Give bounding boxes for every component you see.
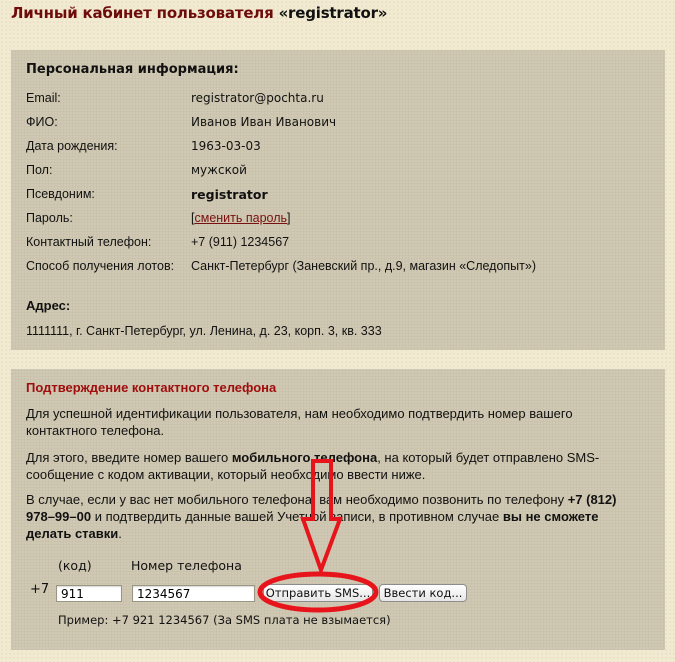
- confirm-paragraph-3: В случае, если у вас нет мобильного теле…: [26, 491, 646, 542]
- info-label: Контактный телефон:: [26, 235, 151, 249]
- info-value-gender: мужской: [191, 163, 247, 177]
- confirm-paragraph-1: Для успешной идентификации пользователя,…: [26, 405, 646, 439]
- info-value-fio: Иванов Иван Иванович: [191, 115, 336, 129]
- page-title-text: Личный кабинет пользователя: [11, 4, 274, 22]
- info-label: Пароль:: [26, 211, 73, 225]
- confirm-paragraph-2: Для этого, введите номер вашего мобильно…: [26, 449, 646, 483]
- personal-info-panel: Персональная информация: Email: registra…: [11, 50, 665, 350]
- page-title-username: «registrator»: [279, 4, 388, 22]
- page-title: Личный кабинет пользователя «registrator…: [11, 4, 387, 22]
- mobile-phone-emphasis: мобильного телефона: [232, 450, 377, 465]
- change-password-link[interactable]: сменить пароль: [194, 211, 287, 225]
- info-value-phone: +7 (911) 1234567: [191, 235, 289, 249]
- info-label: Пол:: [26, 163, 52, 177]
- code-label: (код): [58, 558, 92, 573]
- personal-info-heading: Персональная информация:: [26, 62, 239, 77]
- phone-confirm-heading: Подтверждение контактного телефона: [26, 380, 276, 395]
- info-value-password: [сменить пароль]: [191, 211, 291, 225]
- country-prefix: +7: [30, 582, 49, 597]
- info-label: Псевдоним:: [26, 187, 95, 201]
- info-value-delivery: Санкт-Петербург (Заневский пр., д.9, маг…: [191, 259, 536, 273]
- info-label: Email:: [26, 91, 61, 105]
- info-label: Дата рождения:: [26, 139, 118, 153]
- info-value-nickname: registrator: [191, 187, 268, 202]
- area-code-input[interactable]: [56, 585, 122, 602]
- info-label: ФИО:: [26, 115, 58, 129]
- info-value-email: registrator@pochta.ru: [191, 91, 324, 105]
- phone-number-input[interactable]: [132, 585, 255, 602]
- enter-code-button[interactable]: Ввести код...: [379, 584, 467, 602]
- phone-number-label: Номер телефона: [131, 558, 242, 573]
- send-sms-button[interactable]: Отправить SMS...: [263, 584, 373, 602]
- info-value-birthdate: 1963-03-03: [191, 139, 261, 153]
- phone-example-hint: Пример: +7 921 1234567 (За SMS плата не …: [58, 613, 391, 627]
- address-heading: Адрес:: [26, 298, 70, 313]
- info-label: Способ получения лотов:: [26, 259, 174, 273]
- phone-confirm-panel: Подтверждение контактного телефона Для у…: [11, 369, 665, 650]
- address-value: 1111111, г. Санкт-Петербург, ул. Ленина,…: [26, 324, 382, 338]
